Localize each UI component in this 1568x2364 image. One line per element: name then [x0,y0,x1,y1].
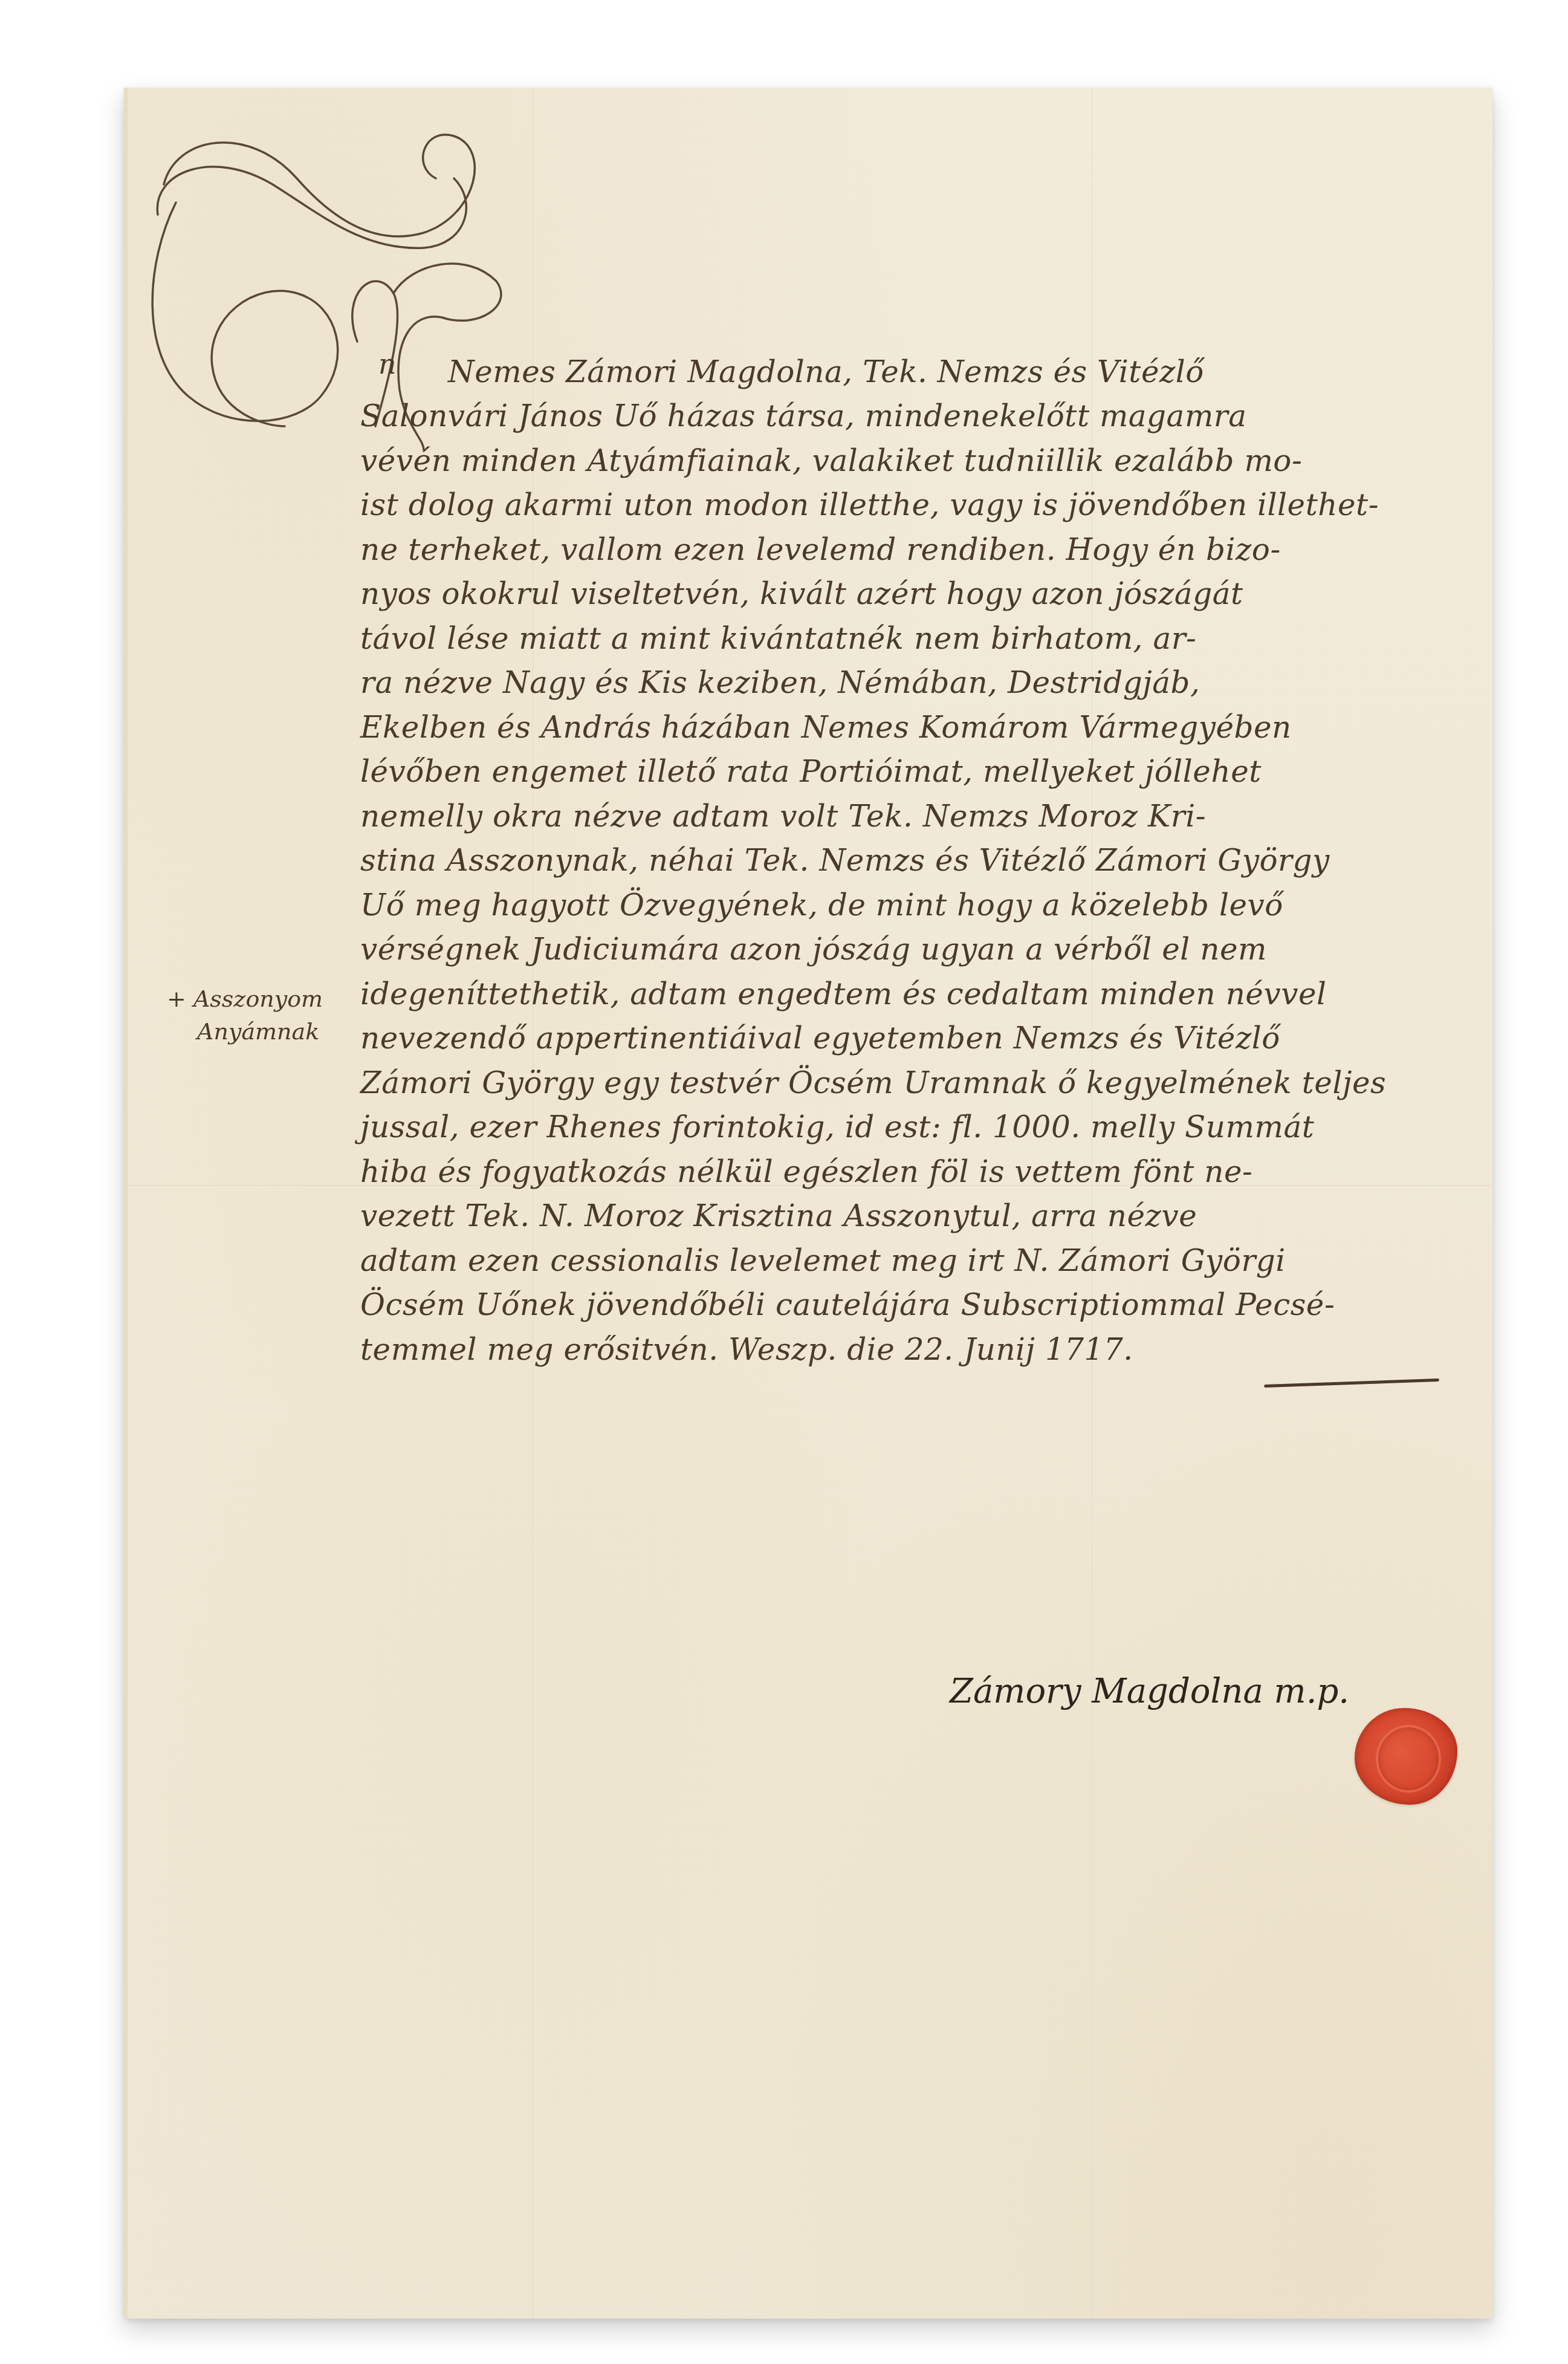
text-line: Salonvári János Uő házas társa, mindenek… [360,398,1448,434]
text-line: adtam ezen cessionalis levelemet meg irt… [360,1242,1448,1279]
text-line: vezett Tek. N. Moroz Krisztina Asszonytu… [360,1198,1448,1234]
text-line: jussal, ezer Rhenes forintokig, id est: … [360,1109,1448,1145]
margin-annotation: + Asszonyom Anyámnak [167,982,372,1048]
text-line: nyos okokrul viseltetvén, kivált azért h… [360,576,1448,612]
text-line: nemelly okra nézve adtam volt Tek. Nemzs… [360,798,1448,834]
text-line: stina Asszonynak, néhai Tek. Nemzs és Vi… [360,842,1448,878]
margin-note-line: + Asszonyom [167,982,372,1015]
text-line: vérségnek Judiciumára azon jószág ugyan … [360,931,1448,967]
text-line: Uő meg hagyott Özvegyének, de mint hogy … [360,887,1448,923]
signature: Zámory Magdolna m.p. [950,1672,1349,1711]
text-line: Nemes Zámori Magdolna, Tek. Nemzs és Vit… [448,354,1536,390]
text-line: lévőben engemet illető rata Portióimat, … [360,753,1448,790]
wax-seal-icon [1355,1708,1457,1805]
opening-initial: n [378,348,397,380]
margin-note-line: Anyámnak [167,1015,372,1048]
text-line: hiba és fogyatkozás nélkül egészlen föl … [360,1154,1448,1190]
text-line: ist dolog akarmi uton modon illetthe, va… [360,487,1448,523]
text-line: vévén minden Atyámfiainak, valakiket tud… [360,443,1448,479]
date-underline [1264,1378,1439,1388]
text-line: idegeníttethetik, adtam engedtem és ceda… [360,976,1448,1012]
manuscript-page: n Nemes Zámori Magdolna, Tek. Nemzs és V… [124,88,1492,2319]
text-line-date: temmel meg erősitvén. Weszp. die 22. Jun… [360,1331,1448,1368]
text-line: ra nézve Nagy és Kis keziben, Némában, D… [360,664,1448,701]
text-line: Ekelben és András házában Nemes Komárom … [360,709,1448,745]
text-line: Zámori György egy testvér Öcsém Uramnak … [360,1065,1448,1101]
text-line: Öcsém Uőnek jövendőbéli cautelájára Subs… [360,1287,1448,1323]
text-line: nevezendő appertinentiáival egyetemben N… [360,1020,1448,1056]
text-line: ne terheket, vallom ezen levelemd rendib… [360,531,1448,568]
text-line: távol lése miatt a mint kivántatnék nem … [360,620,1448,657]
